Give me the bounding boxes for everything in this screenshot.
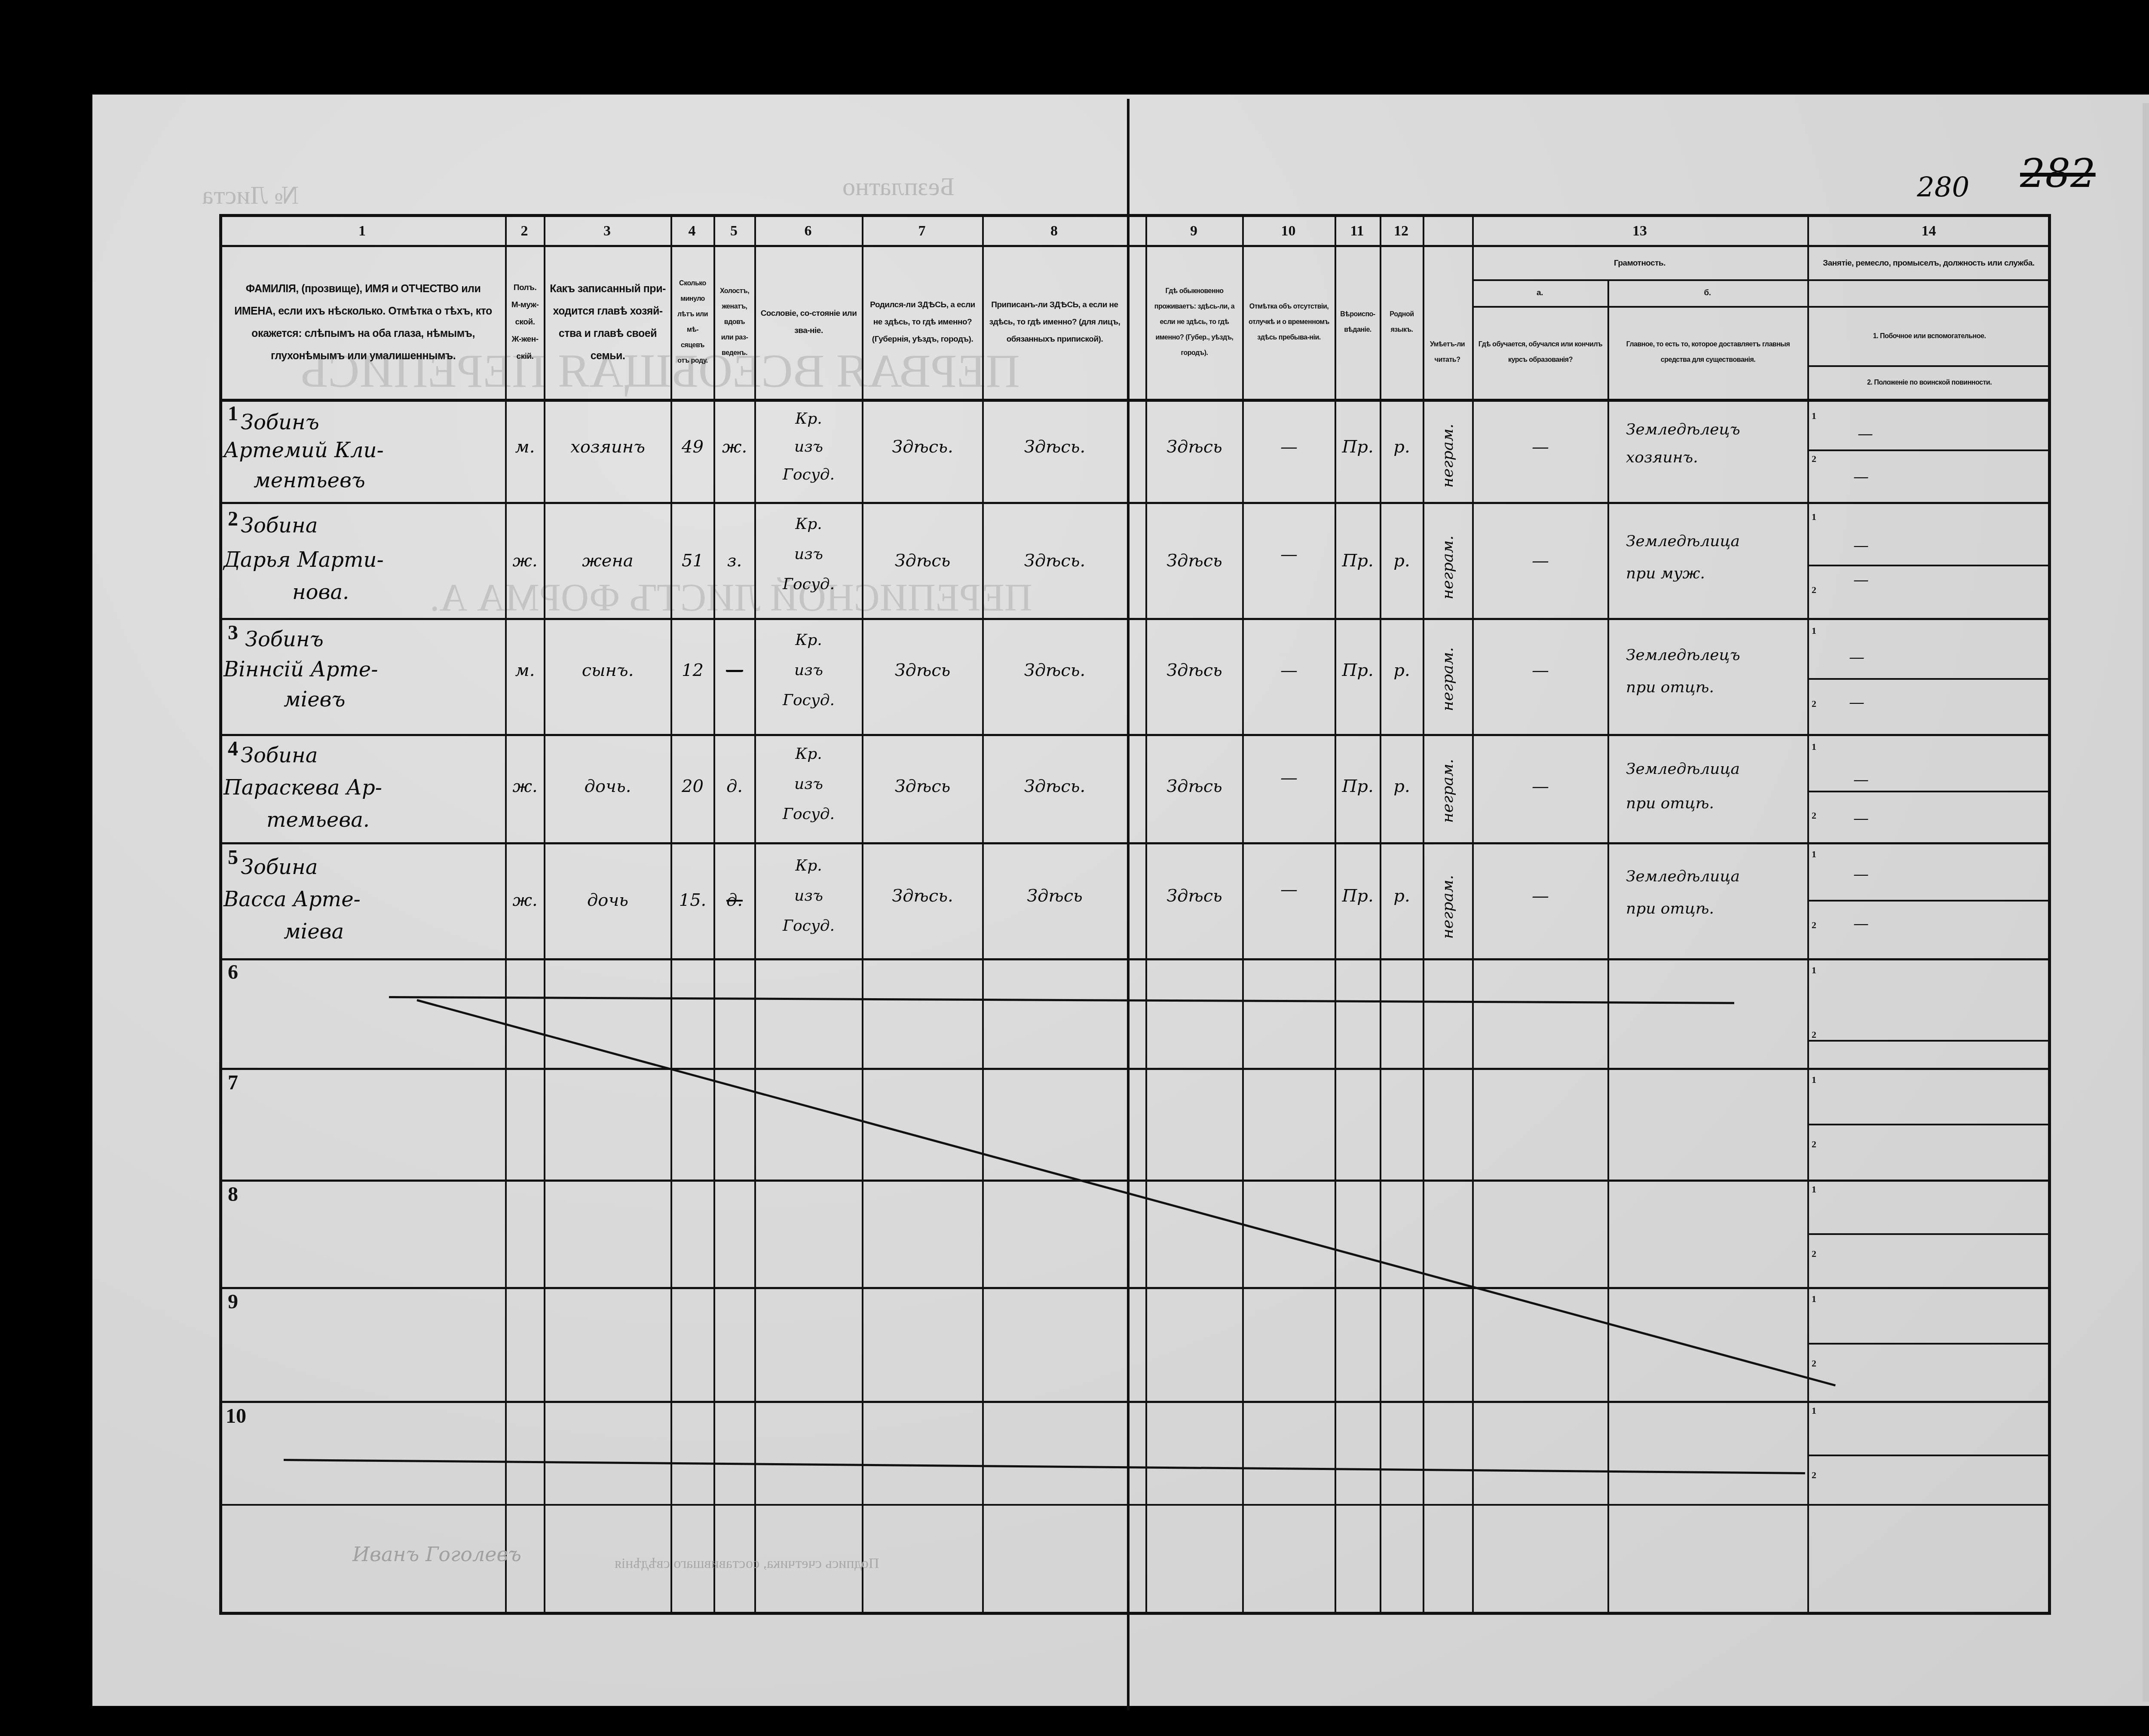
header-col7: Родился-ли ЗДѢСЬ, а если не здѣсь, то гд… xyxy=(863,247,982,397)
given-name: Дарья Марти- xyxy=(223,544,503,576)
occupation: Земледѣлецъ xyxy=(1609,417,1807,443)
header-col5: Холостъ, женатъ, вдовъ или раз-веденъ. xyxy=(715,247,754,397)
estate: Кр. xyxy=(756,511,862,537)
sex: ж. xyxy=(506,883,544,917)
subrow-label: 1 xyxy=(1812,1074,1816,1085)
surname: Зобинъ xyxy=(241,406,499,438)
row-rule xyxy=(219,734,2051,736)
patronymic: ментьевъ xyxy=(254,464,503,496)
header-col3: Какъ записанный при-ходится главѣ хозяй-… xyxy=(545,247,670,397)
page-edge xyxy=(2143,103,2149,1702)
age: 20 xyxy=(672,769,713,804)
birthplace: Здѣсь. xyxy=(863,430,982,464)
residence: Здѣсь xyxy=(1147,769,1242,804)
subrow-rule xyxy=(1807,791,2050,792)
literacy: неграм. xyxy=(1424,524,1472,610)
col-divider xyxy=(1380,214,1381,1615)
subrow-rule xyxy=(1807,678,2050,680)
estate: Госуд. xyxy=(756,688,862,713)
estate: изъ xyxy=(756,434,862,460)
row-rule xyxy=(219,1068,2051,1070)
row-number: 4 xyxy=(228,737,238,761)
row-number: 1 xyxy=(228,402,238,425)
birthplace: Здѣсь xyxy=(863,653,982,688)
military-status: — xyxy=(1814,692,1900,713)
colnum-3: 3 xyxy=(544,217,670,245)
education: — xyxy=(1473,879,1607,913)
surname: Зобина xyxy=(241,851,499,883)
colnum-7: 7 xyxy=(862,217,982,245)
military-status: — xyxy=(1818,466,1904,488)
header-col2: Полъ. М-муж-ской. Ж-жен-скій. xyxy=(506,247,544,397)
subrow-label: 1 xyxy=(1812,625,1816,636)
header-col1: ФАМИЛІЯ, (прозвище), ИМЯ и ОТЧЕСТВО или … xyxy=(221,247,505,397)
estate: изъ xyxy=(756,771,862,797)
occupation: Земледѣлица xyxy=(1609,756,1807,782)
col-divider xyxy=(1145,214,1147,1615)
absence: — xyxy=(1243,430,1335,464)
header-bottom-rule xyxy=(219,399,2051,402)
sex: м. xyxy=(506,430,544,464)
registration: Здѣсь. xyxy=(983,544,1126,578)
absence: — xyxy=(1243,653,1335,688)
estate: Госуд. xyxy=(756,572,862,597)
education: — xyxy=(1473,653,1607,688)
row-rule xyxy=(219,958,2051,960)
subrow-rule xyxy=(1807,1124,2050,1125)
relation: дочь xyxy=(545,883,670,917)
occupation: при отцѣ. xyxy=(1609,896,1807,922)
header-col13a-letter: а. xyxy=(1472,280,1607,306)
military-status: — xyxy=(1818,808,1904,829)
subrow-label: 2 xyxy=(1812,453,1816,465)
language: р. xyxy=(1381,653,1423,688)
subrow-label: 2 xyxy=(1812,1139,1816,1150)
row-rule xyxy=(219,618,2051,620)
colnum-2: 2 xyxy=(505,217,544,245)
subrow-label: 1 xyxy=(1812,741,1816,752)
row-number: 10 xyxy=(226,1404,246,1428)
patronymic: міева xyxy=(284,915,499,947)
marital-status: д. xyxy=(715,769,754,804)
registration: Здѣсь. xyxy=(983,653,1126,688)
ghost-text-sheet-no: № Листа xyxy=(202,180,299,210)
language: р. xyxy=(1381,879,1423,913)
absence: — xyxy=(1243,537,1335,572)
subrow-label: 2 xyxy=(1812,584,1816,596)
subrow-label: 1 xyxy=(1812,1184,1816,1195)
row-rule xyxy=(219,1401,2051,1403)
colnum-11: 11 xyxy=(1335,217,1380,245)
relation: сынъ. xyxy=(545,653,670,688)
header-col4: Сколько минуло лѣтъ или мѣ-сяцевъ отъ ро… xyxy=(672,247,713,397)
occupation: хозяинъ. xyxy=(1609,445,1807,471)
col-divider xyxy=(1242,214,1244,1615)
religion: Пр. xyxy=(1336,544,1380,578)
subrow-rule xyxy=(1807,1040,2050,1042)
colnum-4: 4 xyxy=(670,217,713,245)
literacy: неграм. xyxy=(1424,748,1472,834)
secondary-occupation: — xyxy=(1818,769,1904,791)
row-rule xyxy=(219,502,2051,504)
patronymic: нова. xyxy=(292,576,499,608)
occupation: при муж. xyxy=(1609,561,1807,587)
birthplace: Здѣсь xyxy=(863,769,982,804)
sex: ж. xyxy=(506,769,544,804)
estate: Кр. xyxy=(756,741,862,767)
row-number: 8 xyxy=(228,1183,238,1206)
subrow-label: 2 xyxy=(1812,1248,1816,1259)
page-number-struck: 282 xyxy=(2020,150,2096,196)
marital-status: — xyxy=(715,653,754,688)
age: 49 xyxy=(672,430,713,464)
subrow-label: 2 xyxy=(1812,920,1816,931)
subrow-label: 2 xyxy=(1812,1470,1816,1481)
registration: Здѣсь. xyxy=(983,430,1126,464)
birthplace: Здѣсь xyxy=(863,544,982,578)
language: р. xyxy=(1381,769,1423,804)
colnum-9: 9 xyxy=(1145,217,1242,245)
header-col13b-letter: б. xyxy=(1607,280,1807,306)
education: — xyxy=(1473,430,1607,464)
patronymic: міевъ xyxy=(284,683,499,715)
estate: Госуд. xyxy=(756,913,862,939)
col-divider xyxy=(1335,214,1336,1615)
row-number: 7 xyxy=(228,1071,238,1094)
subrow-label: 2 xyxy=(1812,1029,1816,1040)
colnum-13: 13 xyxy=(1472,217,1807,245)
registration: Здѣсь xyxy=(983,879,1126,913)
header-col14b-1: 1. Побочное или вспомогательное. xyxy=(1809,307,2050,365)
row-number: 9 xyxy=(228,1290,238,1314)
registration: Здѣсь. xyxy=(983,769,1126,804)
military-status: — xyxy=(1818,913,1904,935)
sex: м. xyxy=(506,653,544,688)
subrow-rule xyxy=(1807,565,2050,566)
residence: Здѣсь xyxy=(1147,653,1242,688)
education: — xyxy=(1473,544,1607,578)
estate: Госуд. xyxy=(756,462,862,488)
occupation: при отцѣ. xyxy=(1609,675,1807,700)
religion: Пр. xyxy=(1336,879,1380,913)
row-number: 2 xyxy=(228,507,238,531)
subrow-rule xyxy=(1807,1455,2050,1456)
subrow-label: 1 xyxy=(1812,1405,1816,1416)
col-divider xyxy=(982,214,984,1615)
occupation: Земледѣлица xyxy=(1609,529,1807,554)
header-col6: Сословіе, со-стояніе или зва-ніе. xyxy=(756,247,862,397)
subrow-label: 1 xyxy=(1812,410,1816,422)
colnum-12: 12 xyxy=(1380,217,1423,245)
residence: Здѣсь xyxy=(1147,430,1242,464)
religion: Пр. xyxy=(1336,769,1380,804)
estate: Кр. xyxy=(756,627,862,653)
secondary-occupation: — xyxy=(1814,647,1900,668)
surname: Зобинъ xyxy=(245,623,503,655)
literacy: неграм. xyxy=(1424,864,1472,950)
row-rule xyxy=(219,842,2051,844)
absence: — xyxy=(1243,761,1335,795)
given-name: Віннсій Арте- xyxy=(223,653,503,685)
age: 51 xyxy=(672,544,713,578)
military-status: — xyxy=(1818,569,1904,591)
occupation: Земледѣлецъ xyxy=(1609,642,1807,668)
literacy: неграм. xyxy=(1424,636,1472,722)
row-number: 3 xyxy=(228,621,238,645)
row-rule xyxy=(219,1180,2051,1182)
subrow-label: 1 xyxy=(1812,965,1816,976)
signature-handwritten: Иванъ Гоголевъ xyxy=(352,1543,521,1566)
subrow-label: 1 xyxy=(1812,849,1816,860)
relation: жена xyxy=(545,544,670,578)
sex: ж. xyxy=(506,544,544,578)
secondary-occupation: — xyxy=(1818,864,1904,885)
surname: Зобина xyxy=(241,739,499,771)
row-rule xyxy=(219,1287,2051,1289)
subrow-rule xyxy=(1807,1233,2050,1235)
given-name: Васса Арте- xyxy=(223,883,503,915)
subrow-rule xyxy=(1807,900,2050,902)
religion: Пр. xyxy=(1336,430,1380,464)
relation: хозяинъ xyxy=(545,430,670,464)
colnum-5: 5 xyxy=(713,217,754,245)
subrow-label: 1 xyxy=(1812,511,1816,523)
header-col14: Занятіе, ремесло, промыселъ, должность и… xyxy=(1807,247,2050,279)
header-col11: Вѣроиспо-вѣданіе. xyxy=(1336,247,1380,397)
religion: Пр. xyxy=(1336,653,1380,688)
language: р. xyxy=(1381,430,1423,464)
ghost-text-free: Безплатно xyxy=(842,172,955,202)
header-col10: Отмѣтка объ отсутствіи, отлучкѣ и о врем… xyxy=(1243,247,1335,397)
row-number: 5 xyxy=(228,846,238,869)
marital-status: д. xyxy=(715,883,754,917)
header-col8: Приписанъ-ли ЗДѢСЬ, а если не здѣсь, то … xyxy=(983,247,1126,397)
marital-status: з. xyxy=(715,544,754,578)
subrow-rule xyxy=(1807,449,2050,451)
secondary-occupation: — xyxy=(1822,423,1908,445)
colnum-6: 6 xyxy=(754,217,862,245)
subrow-label: 1 xyxy=(1812,1293,1816,1305)
literacy: неграм. xyxy=(1424,413,1472,498)
subrow-rule xyxy=(1807,1343,2050,1345)
estate: изъ xyxy=(756,657,862,683)
occupation: при отцѣ. xyxy=(1609,791,1807,816)
header-col13: Грамотность. xyxy=(1472,247,1807,279)
col-divider xyxy=(1607,279,1609,1615)
colnum-14: 14 xyxy=(1807,217,2050,245)
estate: Госуд. xyxy=(756,801,862,827)
estate: Кр. xyxy=(756,853,862,879)
residence: Здѣсь xyxy=(1147,544,1242,578)
signature-label: Подпись счетчика, составившаго свѣдѣнія xyxy=(615,1556,879,1572)
header-col14a: Главное, то есть то, которое доставляетъ… xyxy=(1609,307,1807,397)
row-number: 6 xyxy=(228,960,238,984)
subrow-label: 2 xyxy=(1812,810,1816,821)
colnum-1: 1 xyxy=(219,217,505,245)
relation: дочь. xyxy=(545,769,670,804)
secondary-occupation: — xyxy=(1818,535,1904,556)
header-col12: Родной языкъ. xyxy=(1381,247,1423,397)
header-col13b: Гдѣ обучается, обучался или кончилъ курс… xyxy=(1473,307,1607,397)
given-name: Параскева Ар- xyxy=(223,771,503,804)
occupation: Земледѣлица xyxy=(1609,864,1807,889)
page-number: 280 xyxy=(1917,172,1969,204)
estate: Кр. xyxy=(756,406,862,432)
col-divider xyxy=(1472,214,1474,1615)
header-col9: Гдѣ обыкновенно проживаетъ: здѣсь-ли, а … xyxy=(1147,247,1242,397)
subrow-label: 2 xyxy=(1812,1358,1816,1369)
residence: Здѣсь xyxy=(1147,879,1242,913)
header-col14b-2: 2. Положеніе по воинской повинности. xyxy=(1809,367,2050,399)
age: 12 xyxy=(672,653,713,688)
col-divider xyxy=(1807,214,1809,1615)
language: р. xyxy=(1381,544,1423,578)
estate: изъ xyxy=(756,883,862,909)
education: — xyxy=(1473,769,1607,804)
marital-status: ж. xyxy=(715,430,754,464)
surname: Зобина xyxy=(241,509,499,541)
row-rule xyxy=(219,1504,2051,1506)
colnum-10: 10 xyxy=(1242,217,1335,245)
patronymic: темьева. xyxy=(266,804,499,836)
age: 15. xyxy=(672,883,713,917)
colnum-8: 8 xyxy=(982,217,1126,245)
given-name: Артемий Кли- xyxy=(223,434,503,466)
header-col13a: Умѣетъ-ли читать? xyxy=(1423,307,1472,397)
absence: — xyxy=(1243,872,1335,907)
birthplace: Здѣсь. xyxy=(863,879,982,913)
estate: изъ xyxy=(756,541,862,567)
col-divider xyxy=(862,214,863,1615)
